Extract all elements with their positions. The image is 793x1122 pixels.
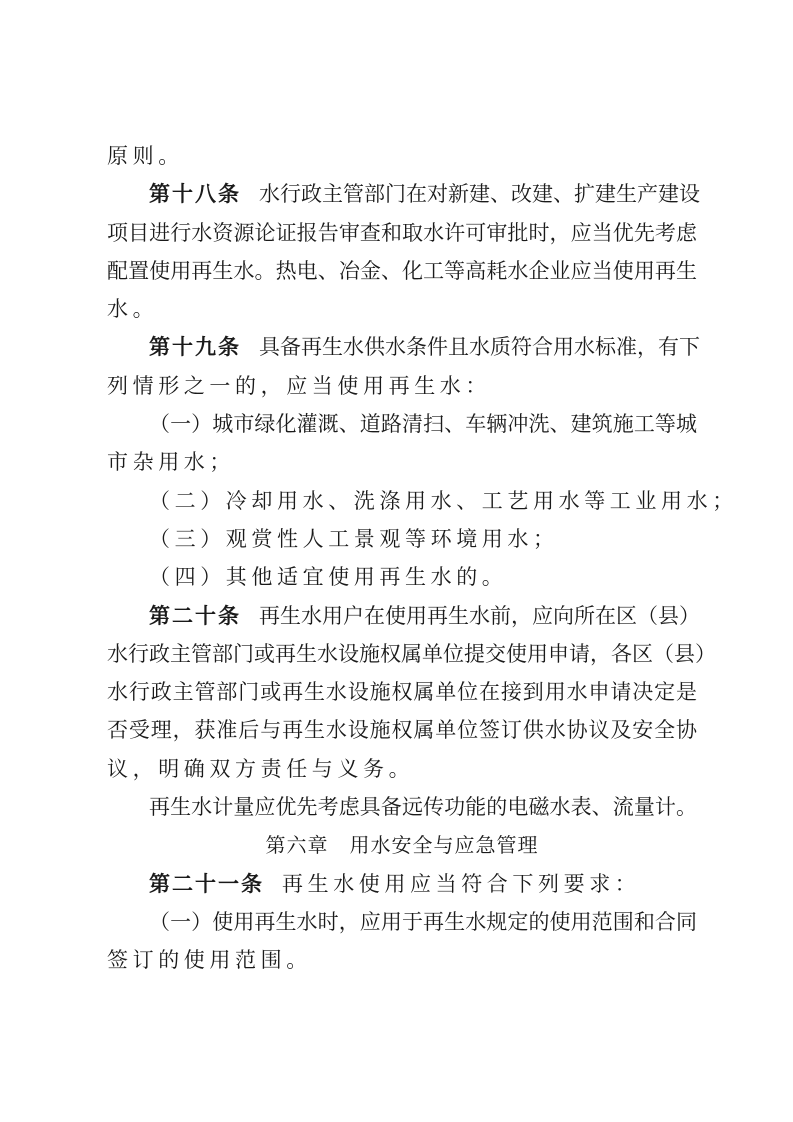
line-text: 原则。: [107, 144, 184, 168]
list-item: （一）城市绿化灌溉、道路清扫、车辆冲洗、建筑施工等城: [107, 405, 697, 443]
line-text: 再生水使用应当符合下列要求：: [282, 872, 640, 896]
line-text: 水行政主管部门在对新建、改建、扩建生产建设: [259, 182, 700, 206]
line-text: 水。: [107, 297, 158, 321]
text-line: 否受理，获准后与再生水设施权属单位签订供水协议及安全协: [107, 711, 697, 749]
text-line: 水行政主管部门或再生水设施权属单位在接到用水申请决定是: [107, 673, 697, 711]
line-text: （一）使用再生水时，应用于再生水规定的使用范围和合同: [149, 910, 697, 934]
line-text: （四）其他适宜使用再生水的。: [149, 565, 507, 589]
line-text: 具备再生水供水条件且水质符合用水标准，有下: [259, 335, 700, 359]
line-text: 水行政主管部门或再生水设施权属单位在接到用水申请决定是: [107, 680, 697, 704]
text-line: 水。: [107, 290, 697, 328]
list-item: （二）冷却用水、洗涤用水、工艺用水等工业用水；: [107, 482, 697, 520]
text-line: 议，明确双方责任与义务。: [107, 750, 697, 788]
article-19-heading: 第十九条具备再生水供水条件且水质符合用水标准，有下: [107, 328, 697, 366]
text-line: 列情形之一的，应当使用再生水：: [107, 367, 697, 405]
chapter-title: 第六章 用水安全与应急管理: [107, 826, 697, 864]
article-21-heading: 第二十一条再生水使用应当符合下列要求：: [107, 865, 697, 903]
line-text: 配置使用再生水。热电、冶金、化工等高耗水企业应当使用再生: [107, 259, 697, 283]
line-text: 市杂用水；: [107, 450, 235, 474]
line-text: 列情形之一的，应当使用再生水：: [107, 374, 491, 398]
line-text: 议，明确双方责任与义务。: [107, 757, 414, 781]
list-item: （四）其他适宜使用再生水的。: [107, 558, 697, 596]
line-text: 再生水用户在使用再生水前，应向所在区（县）: [259, 604, 700, 628]
line-text: 否受理，获准后与再生水设施权属单位签订供水协议及安全协: [107, 718, 697, 742]
list-item: （一）使用再生水时，应用于再生水规定的使用范围和合同: [107, 903, 697, 941]
document-page: 原则。 第十八条水行政主管部门在对新建、改建、扩建生产建设 项目进行水资源论证报…: [107, 137, 697, 980]
text-line: 水行政主管部门或再生水设施权属单位提交使用申请，各区（县）: [107, 635, 697, 673]
text-line: 再生水计量应优先考虑具备远传功能的电磁水表、流量计。: [107, 788, 697, 826]
article-20-heading: 第二十条再生水用户在使用再生水前，应向所在区（县）: [107, 597, 697, 635]
article-number: 第二十一条: [149, 872, 264, 896]
line-text: 再生水计量应优先考虑具备远传功能的电磁水表、流量计。: [149, 795, 697, 819]
article-number: 第十九条: [149, 335, 241, 359]
list-item: （三）观赏性人工景观等环境用水；: [107, 520, 697, 558]
line-text: （一）城市绿化灌溉、道路清扫、车辆冲洗、建筑施工等城: [149, 412, 697, 436]
text-line: 原则。: [107, 137, 697, 175]
line-text: 签订的使用范围。: [107, 948, 312, 972]
article-number: 第十八条: [149, 182, 241, 206]
article-18-heading: 第十八条水行政主管部门在对新建、改建、扩建生产建设: [107, 175, 697, 213]
text-line: 签订的使用范围。: [107, 941, 697, 979]
chapter-text: 第六章 用水安全与应急管理: [266, 833, 539, 857]
line-text: 水行政主管部门或再生水设施权属单位提交使用申请，各区（县）: [107, 642, 716, 666]
line-text: （二）冷却用水、洗涤用水、工艺用水等工业用水；: [149, 489, 738, 513]
line-text: 项目进行水资源论证报告审查和取水许可审批时，应当优先考虑: [107, 221, 697, 245]
article-number: 第二十条: [149, 604, 241, 628]
line-text: （三）观赏性人工景观等环境用水；: [149, 527, 559, 551]
text-line: 市杂用水；: [107, 443, 697, 481]
text-line: 项目进行水资源论证报告审查和取水许可审批时，应当优先考虑: [107, 214, 697, 252]
text-line: 配置使用再生水。热电、冶金、化工等高耗水企业应当使用再生: [107, 252, 697, 290]
